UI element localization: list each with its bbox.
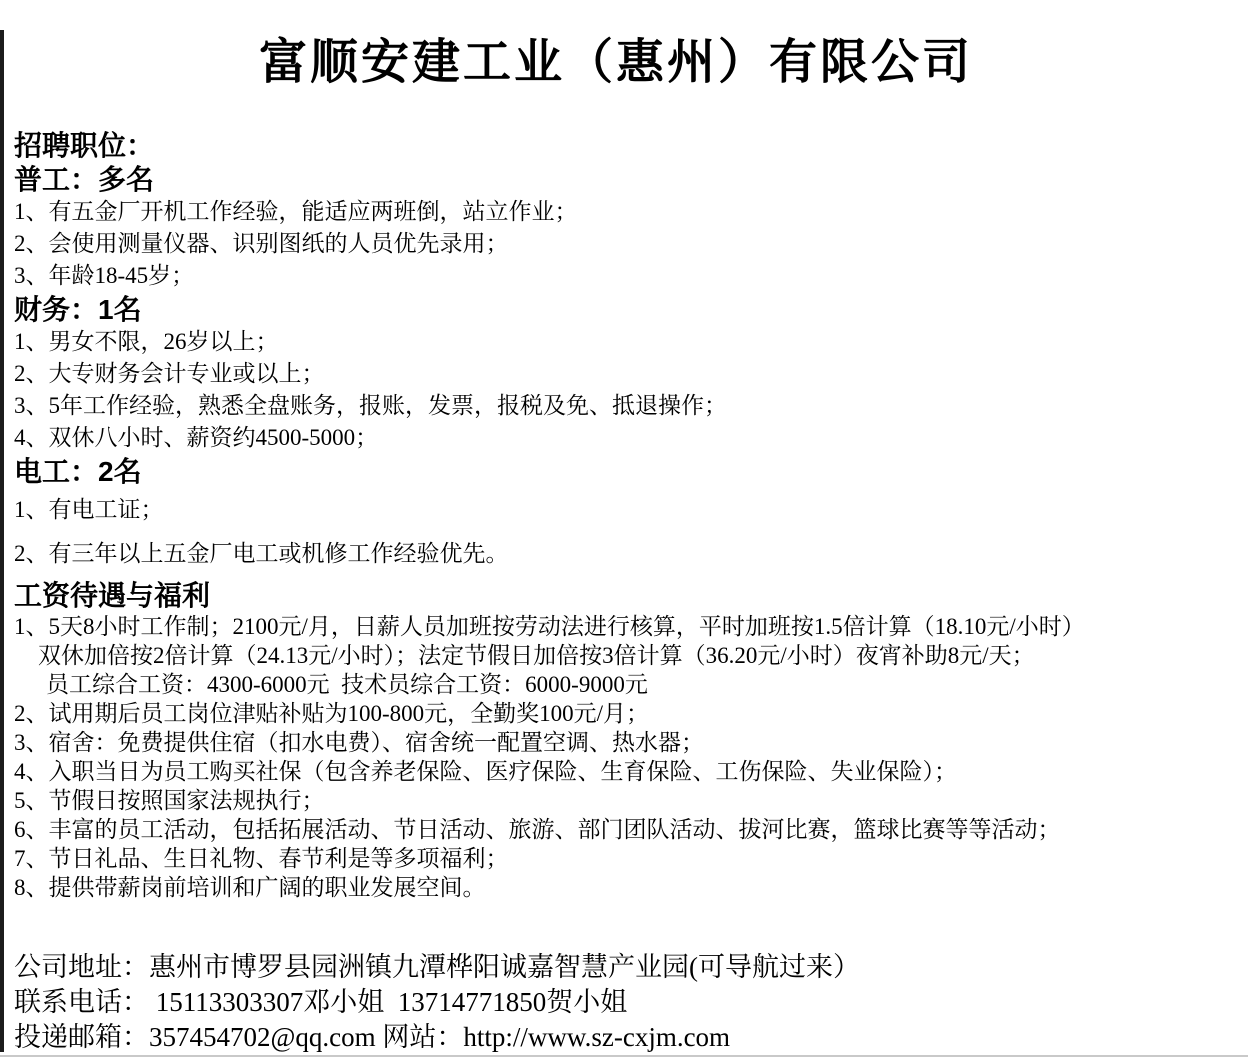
position-block-electrician: 电工：2名 1、有电工证； 2、有三年以上五金厂电工或机修工作经验优先。 — [14, 456, 1218, 576]
requirement-line: 1、有电工证； — [14, 488, 1218, 532]
position-block-general-worker: 普工：多名 1、有五金厂开机工作经验，能适应两班倒，站立作业； 2、会使用测量仪… — [14, 164, 1218, 292]
requirement-line: 1、男女不限，26岁以上； — [14, 326, 1218, 358]
company-title: 富顺安建工业（惠州）有限公司 — [14, 34, 1218, 92]
recruit-heading: 招聘职位： — [14, 130, 1218, 162]
company-address-line: 公司地址：惠州市博罗县园洲镇九潭桦阳诚嘉智慧产业园(可导航过来） — [14, 950, 1218, 985]
benefit-line: 2、试用期后员工岗位津贴补贴为100-800元，全勤奖100元/月； — [14, 699, 1218, 728]
contact-email-line: 投递邮箱：357454702@qq.com 网站：http://www.sz-c… — [14, 1020, 1218, 1055]
requirement-line: 3、5年工作经验，熟悉全盘账务，报账，发票，报税及免、抵退操作； — [14, 390, 1218, 422]
benefits-heading: 工资待遇与福利 — [14, 580, 1218, 612]
requirement-line: 2、大专财务会计专业或以上； — [14, 358, 1218, 390]
benefit-line: 6、丰富的员工活动，包括拓展活动、节日活动、旅游、部门团队活动、拔河比赛，篮球比… — [14, 815, 1218, 844]
contact-phone-line: 联系电话： 15113303307邓小姐 13714771850贺小姐 — [14, 985, 1218, 1020]
position-title-electrician: 电工：2名 — [14, 456, 1218, 488]
requirement-line: 2、会使用测量仪器、识别图纸的人员优先录用； — [14, 228, 1218, 260]
position-title-finance: 财务：1名 — [14, 294, 1218, 326]
position-title-general-worker: 普工：多名 — [14, 164, 1218, 196]
benefit-line: 8、提供带薪岗前培训和广阔的职业发展空间。 — [14, 873, 1218, 902]
benefit-line: 7、节日礼品、生日礼物、春节利是等多项福利； — [14, 844, 1218, 873]
benefit-line: 4、入职当日为员工购买社保（包含养老保险、医疗保险、生育保险、工伤保险、失业保险… — [14, 757, 1218, 786]
benefit-line: 5、节假日按照国家法规执行； — [14, 786, 1218, 815]
benefit-line: 员工综合工资：4300-6000元 技术员综合工资：6000-9000元 — [14, 670, 1218, 699]
position-block-finance: 财务：1名 1、男女不限，26岁以上； 2、大专财务会计专业或以上； 3、5年工… — [14, 294, 1218, 454]
requirement-line: 4、双休八小时、薪资约4500-5000； — [14, 422, 1218, 454]
requirement-line: 2、有三年以上五金厂电工或机修工作经验优先。 — [14, 532, 1218, 576]
job-poster: 富顺安建工业（惠州）有限公司 招聘职位： 普工：多名 1、有五金厂开机工作经验，… — [0, 0, 1248, 1062]
benefit-line: 双休加倍按2倍计算（24.13元/小时）；法定节假日加倍按3倍计算（36.20元… — [14, 641, 1218, 670]
contact-section: 公司地址：惠州市博罗县园洲镇九潭桦阳诚嘉智慧产业园(可导航过来） 联系电话： 1… — [14, 950, 1218, 1055]
benefit-line: 3、宿舍：免费提供住宿（扣水电费）、宿舍统一配置空调、热水器； — [14, 728, 1218, 757]
recruit-section: 招聘职位： 普工：多名 1、有五金厂开机工作经验，能适应两班倒，站立作业； 2、… — [14, 130, 1218, 576]
benefits-section: 工资待遇与福利 1、5天8小时工作制；2100元/月，日薪人员加班按劳动法进行核… — [14, 580, 1218, 902]
benefit-line: 1、5天8小时工作制；2100元/月，日薪人员加班按劳动法进行核算，平时加班按1… — [14, 612, 1218, 641]
requirement-line: 3、年龄18-45岁； — [14, 260, 1218, 292]
requirement-line: 1、有五金厂开机工作经验，能适应两班倒，站立作业； — [14, 196, 1218, 228]
